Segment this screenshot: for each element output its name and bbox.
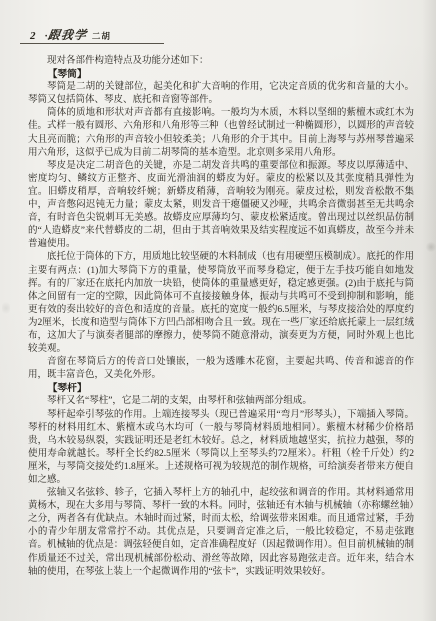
section-heading-qingan: 【琴杆】 (28, 382, 414, 395)
section-heading-qintong: 【琴筒】 (28, 68, 414, 81)
intro-line: 现对各部件构造特点及功能分述如下： (28, 55, 414, 68)
paragraph: 音窗在琴筒后方的传音口处镶嵌，一般为透雕木花窗，主要起共鸣、传音和滤音的作用，既… (28, 356, 414, 382)
paragraph: 琴杆起牵引琴弦的作用。上端连接琴头（现已普遍采用“弯月”形琴头），下端插入琴筒。… (28, 409, 414, 488)
paragraph: 琴筒是二胡的关键部位，起美化和扩大音响的作用，它决定音质的优劣和音量的大小。琴筒… (28, 81, 414, 107)
paragraph: 弦轴又名弦轸、轸子，它插入琴杆上方的轴孔中，起绞弦和调音的作用。其材料通常用黄杨… (28, 487, 414, 579)
paragraph: 底托位于筒体的下方，用质地比较坚硬的木料制成（也有用硬塑压模制成）。底托的作用主… (28, 251, 414, 356)
scan-edge-shading (422, 0, 436, 621)
book-subtitle: 二胡 (92, 31, 111, 41)
book-title: 跟我学 (47, 26, 88, 43)
paragraph: 琴皮是决定二胡音色的关键，亦是二胡发音共鸣的重要部位和振源。琴皮以厚薄适中、密度… (28, 160, 414, 252)
header-rule (20, 43, 164, 44)
page-number: 2 (30, 30, 37, 42)
scanned-book-page: 2·跟我学二胡 现对各部件构造特点及功能分述如下： 【琴筒】 琴筒是二胡的关键部… (0, 0, 436, 621)
paragraph: 琴杆又名“琴柱”，它是二胡的支架，由琴杆和弦轴两部分组成。 (28, 395, 414, 408)
scan-artifact (2, 300, 10, 316)
scan-artifact (425, 242, 436, 252)
paragraph: 筒体的质地和形状对声音都有直接影响。一般均为木质，木料以坚细的紫檀木或红木为佳。… (28, 107, 414, 159)
page-body: 现对各部件构造特点及功能分述如下： 【琴筒】 琴筒是二胡的关键部位，起美化和扩大… (28, 55, 414, 579)
running-header: 2·跟我学二胡 (30, 26, 111, 44)
